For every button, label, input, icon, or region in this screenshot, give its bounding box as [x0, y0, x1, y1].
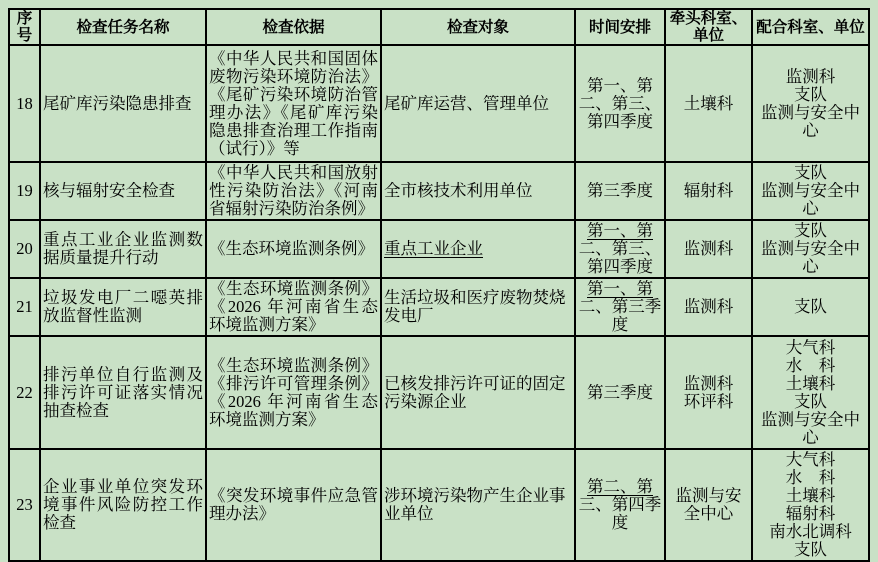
row-number-cell: 18: [9, 45, 40, 162]
target-cell: 全市核技术利用单位: [381, 162, 575, 220]
support-dept-cell: 支队: [752, 278, 869, 336]
row-number-cell: 23: [9, 449, 40, 557]
row-number-cell: 22: [9, 336, 40, 449]
lead-dept-cell: 监测与安全中心: [665, 449, 752, 557]
task-name-cell: 尾矿库污染隐患排查: [40, 45, 206, 162]
lead-dept-cell: 监测科: [665, 278, 752, 336]
table-row: 21垃圾发电厂二噁英排放监督性监测《生态环境监测条例》《2026 年河南省生态环…: [9, 278, 869, 336]
support-dept-cell: 大气科水 科土壤科辐射科南水北调科支队: [752, 449, 869, 557]
column-header-support: 配合科室、单位: [752, 9, 869, 45]
basis-cell: 《突发环境事件应急管理办法》: [206, 449, 381, 557]
time-cell: 第三季度: [575, 336, 665, 449]
row-number-cell: 21: [9, 278, 40, 336]
row-number-cell: 19: [9, 162, 40, 220]
inspection-plan-table: 序号 检查任务名称 检查依据 检查对象 时间安排 牵头科室、单位 配合科室、单位…: [8, 8, 870, 557]
table-row: 18尾矿库污染隐患排查《中华人民共和国固体废物污染环境防治法》《尾矿污染环境防治…: [9, 45, 869, 162]
task-name-cell: 核与辐射安全检查: [40, 162, 206, 220]
column-header-serial: 序号: [9, 9, 40, 45]
task-name-cell: 重点工业企业监测数据质量提升行动: [40, 220, 206, 278]
column-header-target: 检查对象: [381, 9, 575, 45]
target-cell: 尾矿库运营、管理单位: [381, 45, 575, 162]
basis-cell: 《中华人民共和国放射性污染防治法》《河南省辐射污染防治条例》: [206, 162, 381, 220]
target-cell: 已核发排污许可证的固定污染源企业: [381, 336, 575, 449]
table-row: 19核与辐射安全检查《中华人民共和国放射性污染防治法》《河南省辐射污染防治条例》…: [9, 162, 869, 220]
task-name-cell: 排污单位自行监测及排污许可证落实情况抽查检查: [40, 336, 206, 449]
lead-dept-cell: 监测科环评科: [665, 336, 752, 449]
task-name-cell: 企业事业单位突发环境事件风险防控工作检查: [40, 449, 206, 557]
target-cell: 生活垃圾和医疗废物焚烧发电厂: [381, 278, 575, 336]
column-header-time: 时间安排: [575, 9, 665, 45]
support-dept-cell: 支队监测与安全中心: [752, 162, 869, 220]
table-row: 20重点工业企业监测数据质量提升行动《生态环境监测条例》重点工业企业第一、第二、…: [9, 220, 869, 278]
column-header-basis: 检查依据: [206, 9, 381, 45]
header-row: 序号 检查任务名称 检查依据 检查对象 时间安排 牵头科室、单位 配合科室、单位: [9, 9, 869, 45]
time-cell: 第一、第二、第三、第四季度: [575, 220, 665, 278]
column-header-lead: 牵头科室、单位: [665, 9, 752, 45]
time-cell: 第二、第三、第四季度: [575, 449, 665, 557]
table-row: 22排污单位自行监测及排污许可证落实情况抽查检查《生态环境监测条例》《排污许可管…: [9, 336, 869, 449]
basis-cell: 《生态环境监测条例》《2026 年河南省生态环境监测方案》: [206, 278, 381, 336]
time-cell: 第一、第二、第三、第四季度: [575, 45, 665, 162]
row-number-cell: 20: [9, 220, 40, 278]
basis-cell: 《生态环境监测条例》: [206, 220, 381, 278]
column-header-task: 检查任务名称: [40, 9, 206, 45]
table-row: 23企业事业单位突发环境事件风险防控工作检查《突发环境事件应急管理办法》涉环境污…: [9, 449, 869, 557]
lead-dept-cell: 辐射科: [665, 162, 752, 220]
support-dept-cell: 大气科水 科土壤科支队监测与安全中心: [752, 336, 869, 449]
lead-dept-cell: 土壤科: [665, 45, 752, 162]
time-cell: 第三季度: [575, 162, 665, 220]
support-dept-cell: 支队监测与安全中心: [752, 220, 869, 278]
target-cell: 涉环境污染物产生企业事业单位: [381, 449, 575, 557]
task-name-cell: 垃圾发电厂二噁英排放监督性监测: [40, 278, 206, 336]
time-cell: 第一、第二、第三季度: [575, 278, 665, 336]
target-cell: 重点工业企业: [381, 220, 575, 278]
support-dept-cell: 监测科支队监测与安全中心: [752, 45, 869, 162]
basis-cell: 《中华人民共和国固体废物污染环境防治法》《尾矿污染环境防治管理办法》《尾矿库污染…: [206, 45, 381, 162]
basis-cell: 《生态环境监测条例》《排污许可管理条例》《2026 年河南省生态环境监测方案》: [206, 336, 381, 449]
lead-dept-cell: 监测科: [665, 220, 752, 278]
table-body: 18尾矿库污染隐患排查《中华人民共和国固体废物污染环境防治法》《尾矿污染环境防治…: [9, 45, 869, 557]
